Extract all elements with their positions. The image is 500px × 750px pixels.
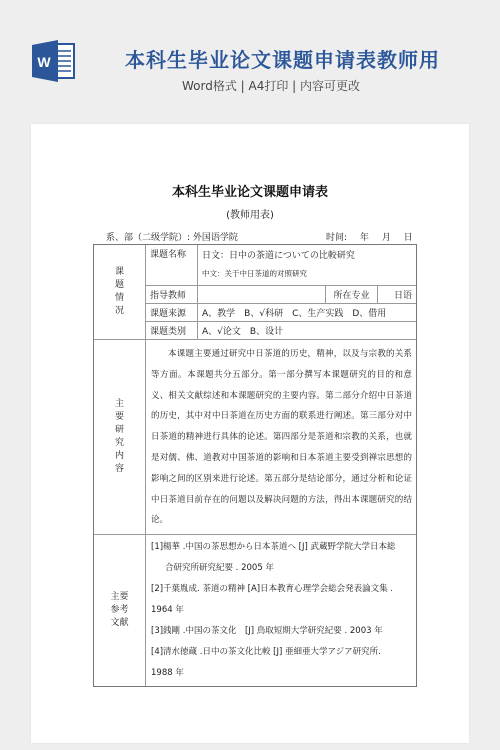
document-page: 本科生毕业论文课题申请表 (教师用表) 系、部（二级学院）: 外国语学院 时间:… [31,124,469,743]
reference-item[interactable]: [1]楊華 .中国の茶思想から日本茶道へ [J] 武蔵野学院大学日本総 合研究所… [151,537,412,579]
reference-item[interactable]: [4]清水徳蔵 .日中の茶文化比較 [J] 亜細亜大学アジア研究所. 1988 … [151,642,412,684]
references-list: [1]楊華 .中国の茶思想から日本茶道へ [J] 武蔵野学院大学日本総 合研究所… [146,535,416,686]
year-label: 年 [360,233,369,243]
major-value[interactable]: 日语 [378,286,416,303]
source-label: 课题来源 [146,304,198,321]
teacher-row: 指导教师 所在专业 日语 [146,286,416,304]
month-label: 月 [382,233,391,243]
references-section-label: 主要 参考 文献 [94,535,146,686]
major-label: 所在专业 [326,286,378,303]
topic-section-label: 课 题 情 况 [94,245,146,339]
application-form-table: 课 题 情 况 课题名称 日文：日中の茶道についての比較研究 中文：关于中日茶道… [93,244,417,687]
topic-name-zh: 中文：关于中日茶道的对照研究 [202,265,412,283]
type-value[interactable]: A、√论文 B、设计 [198,322,416,339]
document-subtitle: (教师用表) [31,206,469,221]
type-label: 课题类别 [146,322,198,339]
research-section: 主 要 研 究 内 容 本课题主要通过研究中日茶道的历史，精神，以及与宗教的关系… [94,340,416,535]
document-title: 本科生毕业论文课题申请表 [31,181,469,200]
department-text: 系、部（二级学院）: 外国语学院 [106,230,238,243]
topic-section: 课 题 情 况 课题名称 日文：日中の茶道についての比較研究 中文：关于中日茶道… [94,245,416,340]
source-value[interactable]: A、教学 B、√科研 C、生产实践 D、借用 [198,304,416,321]
word-icon: W [32,40,76,82]
reference-item[interactable]: [2]千葉胤成. 茶道の精神 [A]日本教育心理学会総会発表論文集 . 1964… [151,579,412,621]
research-content[interactable]: 本课题主要通过研究中日茶道的历史，精神，以及与宗教的关系等方面。本课题共分五部分… [146,340,416,534]
research-section-label: 主 要 研 究 内 容 [94,340,146,534]
time-label: 时间: [326,233,347,243]
svg-text:W: W [37,54,51,70]
source-row: 课题来源 A、教学 B、√科研 C、生产实践 D、借用 [146,304,416,322]
teacher-label: 指导教师 [146,286,198,303]
banner-title: 本科生毕业论文课题申请表教师用 [125,44,425,73]
day-label: 日 [404,233,413,243]
banner-subtitle: Word格式 | A4打印 | 内容可更改 [182,77,360,94]
topic-name-ja: 日文：日中の茶道についての比較研究 [202,247,412,265]
banner-header: W 本科生毕业论文课题申请表教师用 Word格式 | A4打印 | 内容可更改 [0,0,500,110]
time-field: 时间: 年 月 日 [326,230,423,243]
type-row: 课题类别 A、√论文 B、设计 [146,322,416,339]
topic-name-label: 课题名称 [146,245,198,285]
references-section: 主要 参考 文献 [1]楊華 .中国の茶思想から日本茶道へ [J] 武蔵野学院大… [94,535,416,686]
reference-item[interactable]: [3]銭剛 .中国の茶文化 [J] 鳥取短期大学研究紀要 . 2003 年 [151,621,412,642]
topic-name-value[interactable]: 日文：日中の茶道についての比較研究 中文：关于中日茶道的对照研究 [198,245,416,285]
topic-name-row: 课题名称 日文：日中の茶道についての比較研究 中文：关于中日茶道的对照研究 [146,245,416,286]
teacher-value[interactable] [198,286,326,303]
